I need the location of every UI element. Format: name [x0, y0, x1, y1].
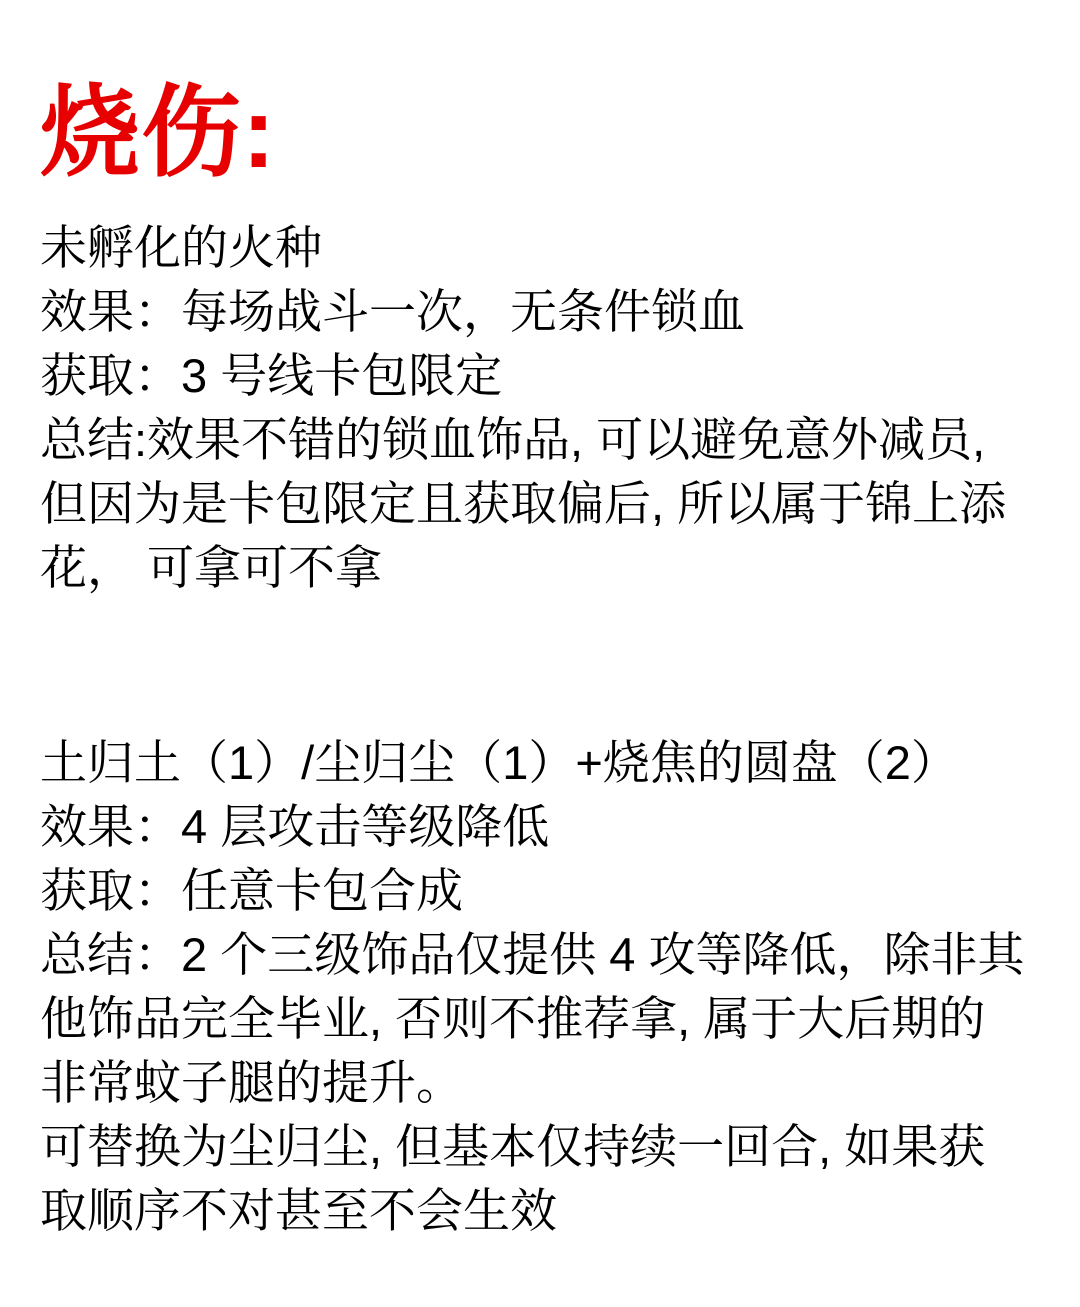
summary-line-1: 总结:效果不错的锁血饰品, 可以避免意外减员,: [40, 408, 1050, 472]
page-title: 烧伤:: [40, 78, 1050, 188]
summary-line-3: 非常蚊子腿的提升。: [40, 1051, 1050, 1115]
trinket-name-line: 未孵化的火种: [40, 216, 1050, 280]
summary-line-2: 但因为是卡包限定且获取偏后, 所以属于锦上添: [40, 472, 1050, 536]
section-dust-to-dust-combo: 土归土（1）/尘归尘（1）+烧焦的圆盘（2） 效果：4 层攻击等级降低 获取：任…: [40, 731, 1050, 1243]
summary-line-1: 总结：2 个三级饰品仅提供 4 攻等降低，除非其: [40, 923, 1050, 987]
section-unhatched-ember: 未孵化的火种 效果：每场战斗一次，无条件锁血 获取：3 号线卡包限定 总结:效果…: [40, 216, 1050, 600]
summary-line-2: 他饰品完全毕业, 否则不推荐拿, 属于大后期的: [40, 987, 1050, 1051]
page: { "colors": { "background": "#ffffff", "…: [0, 0, 1080, 1307]
combo-name-line: 土归土（1）/尘归尘（1）+烧焦的圆盘（2）: [40, 731, 1050, 795]
effect-line: 效果：每场战斗一次，无条件锁血: [40, 280, 1050, 344]
note-line-1: 可替换为尘归尘, 但基本仅持续一回合, 如果获: [40, 1115, 1050, 1179]
effect-line: 效果：4 层攻击等级降低: [40, 795, 1050, 859]
acquisition-line: 获取：任意卡包合成: [40, 859, 1050, 923]
document: 烧伤: 未孵化的火种 效果：每场战斗一次，无条件锁血 获取：3 号线卡包限定 总…: [0, 78, 1080, 1243]
acquisition-line: 获取：3 号线卡包限定: [40, 344, 1050, 408]
summary-line-3: 花， 可拿可不拿: [40, 536, 1050, 600]
note-line-2: 取顺序不对甚至不会生效: [40, 1179, 1050, 1243]
